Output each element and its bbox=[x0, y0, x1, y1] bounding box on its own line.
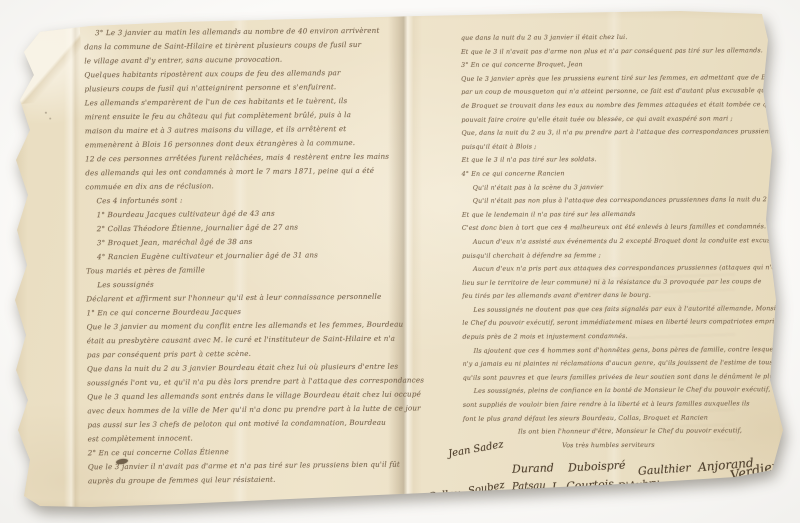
signature: Jean Sadez bbox=[447, 439, 504, 460]
scan-background: 3° Le 3 janvier au matin les allemands a… bbox=[0, 0, 800, 523]
signature: Alexpré bbox=[734, 500, 766, 513]
signature: Gatherin bbox=[761, 453, 792, 498]
signature: Patsau bbox=[512, 480, 546, 492]
signature: Anjoran bbox=[478, 501, 527, 517]
manuscript-paper: 3° Le 3 janvier au matin les allemands a… bbox=[0, 0, 800, 523]
signature: Goros la none bbox=[555, 504, 618, 515]
paper-sheet: 3° Le 3 janvier au matin les allemands a… bbox=[0, 0, 800, 523]
signature: L. Courtois bbox=[552, 477, 614, 493]
signature: Durand bbox=[512, 461, 554, 475]
signature: Soubez bbox=[467, 480, 505, 497]
signatures-block: Jean SadezDurandDuboispréGaulthierAnjora… bbox=[0, 0, 800, 523]
signature: Gaulthier bbox=[638, 461, 692, 478]
signature: Gilprio bbox=[729, 490, 761, 504]
signature: Duboispré bbox=[568, 459, 626, 475]
signature: Darivan bbox=[668, 495, 721, 513]
signature: Gallou bbox=[428, 488, 462, 502]
signature: fils bbox=[746, 510, 759, 521]
signature: Echernay bbox=[618, 500, 666, 513]
edge-stain bbox=[782, 410, 794, 450]
signature: père bbox=[465, 498, 484, 509]
signature: D'Aubry bbox=[618, 478, 660, 493]
signature: Leroy bbox=[678, 484, 708, 497]
